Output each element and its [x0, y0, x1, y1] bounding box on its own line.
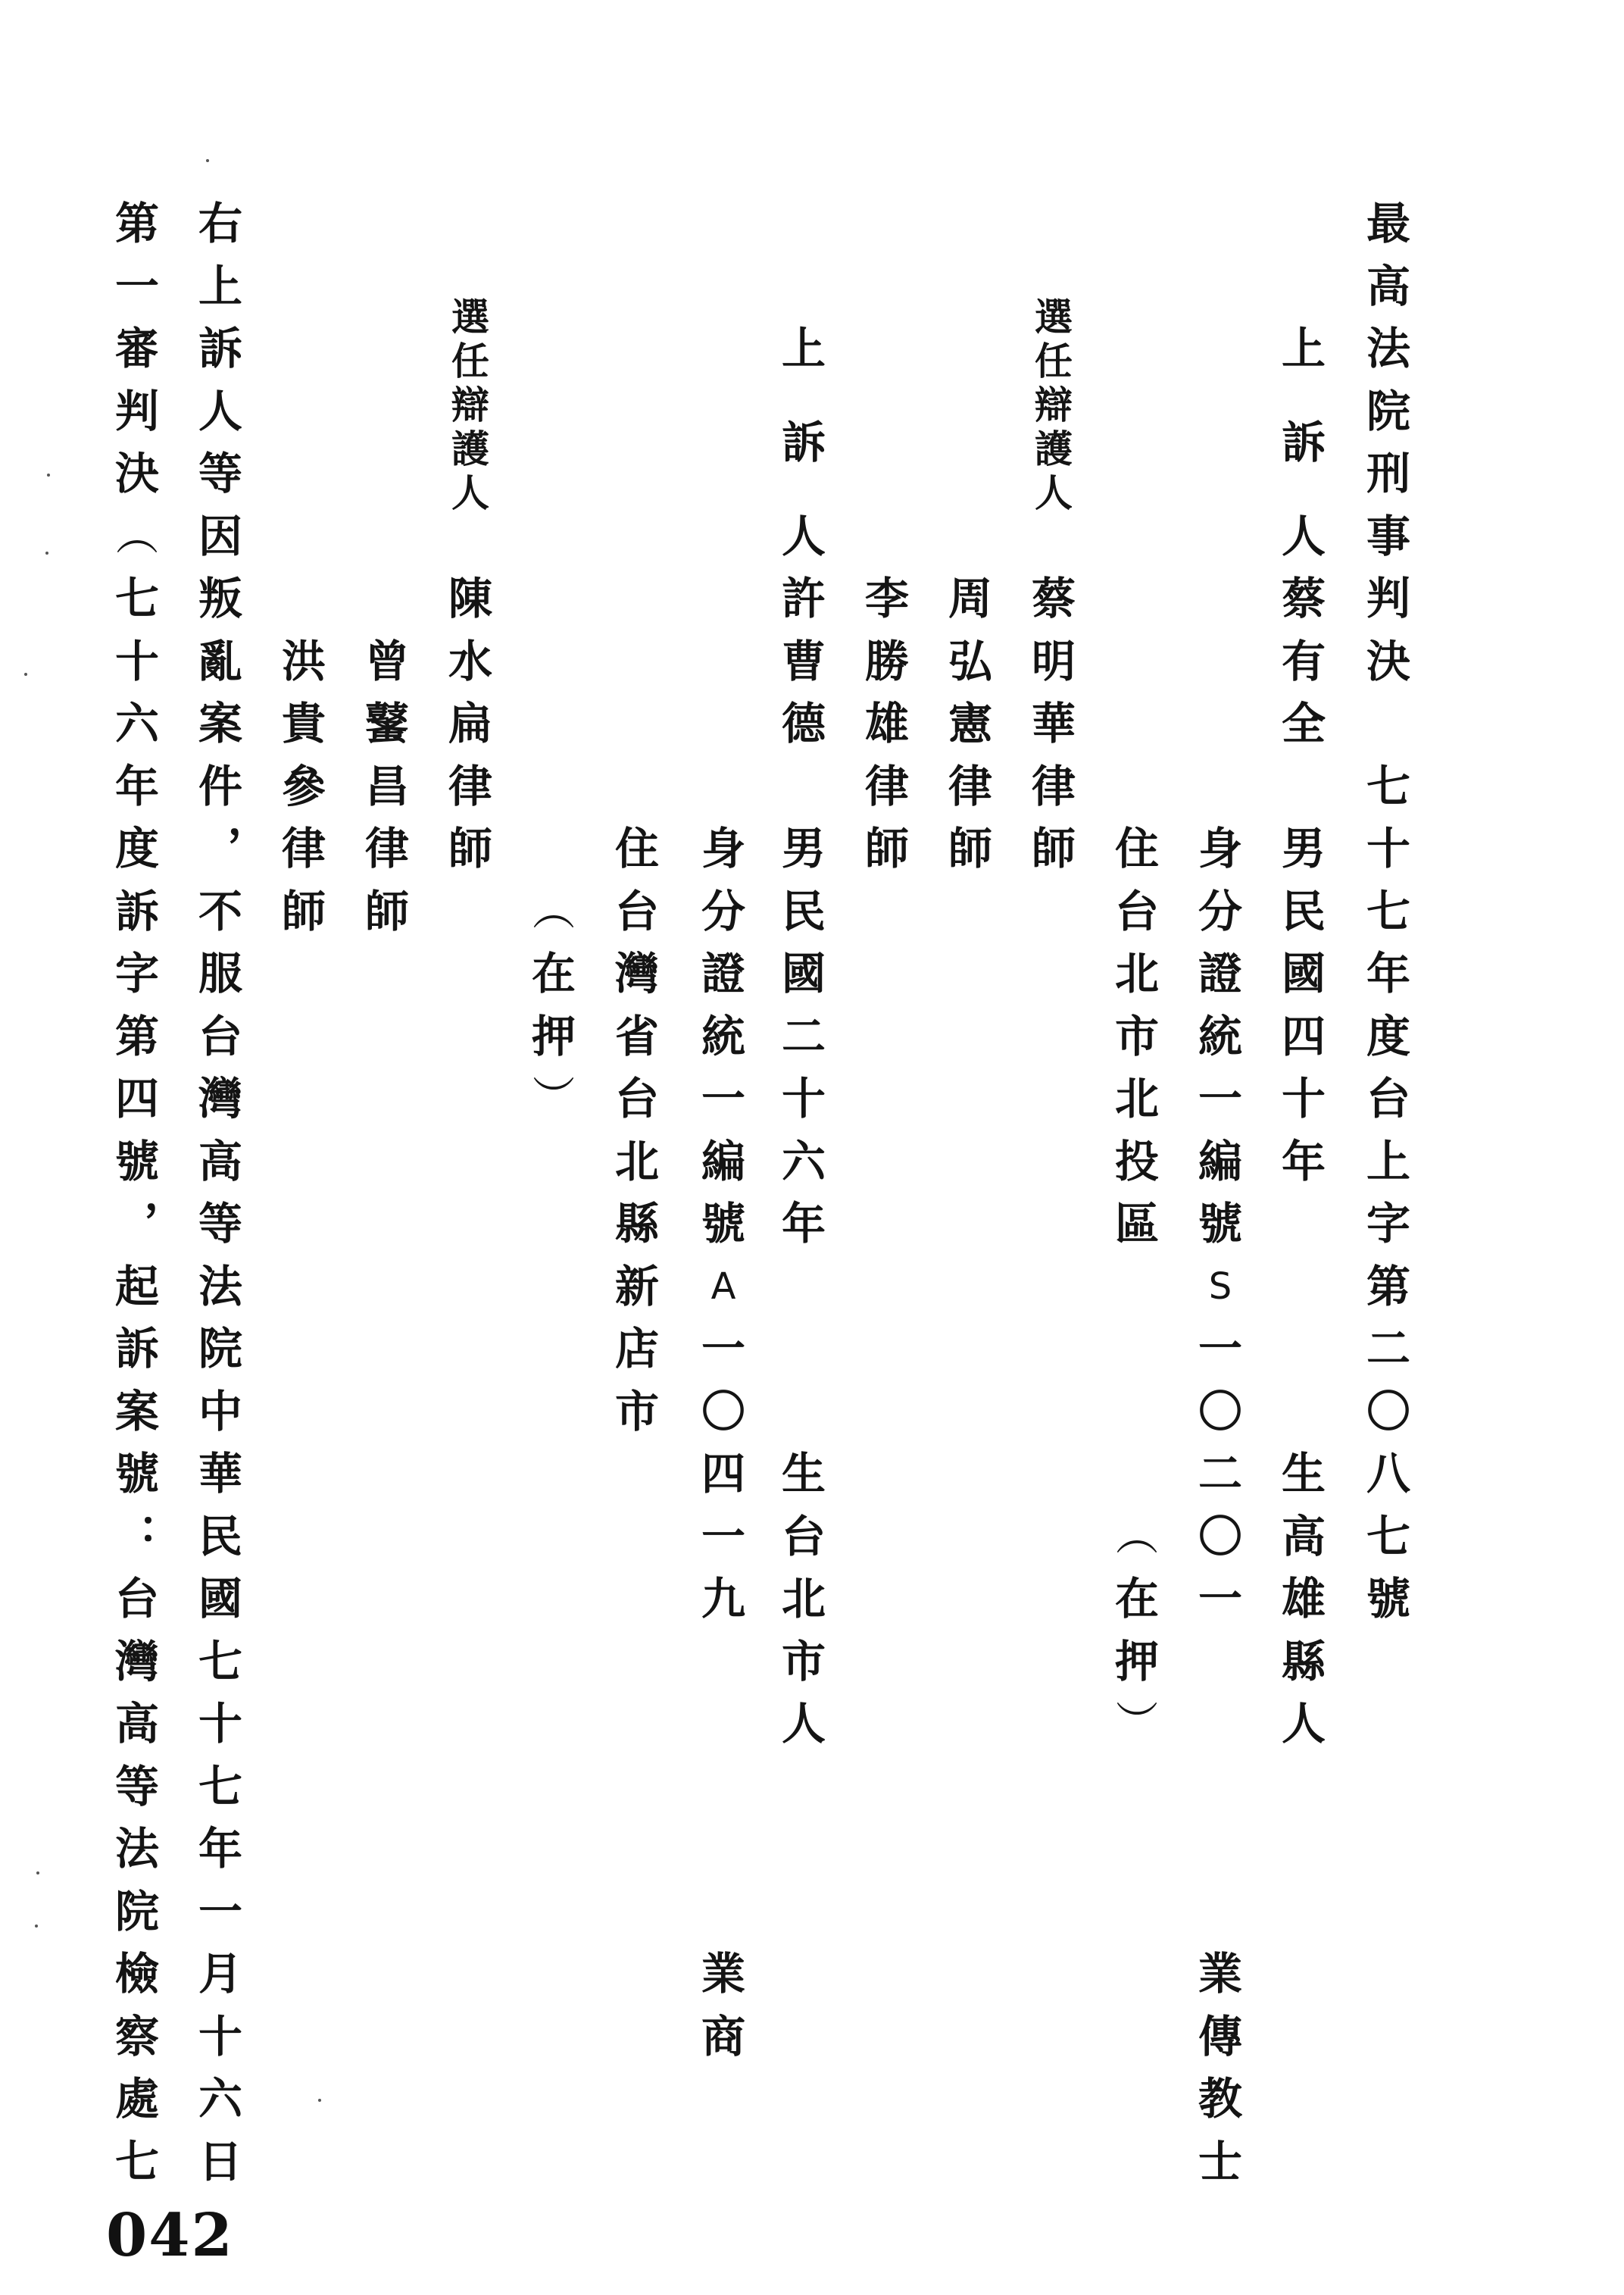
character: 十: [1354, 818, 1423, 880]
character: 年: [103, 755, 171, 818]
character: 處: [103, 2068, 171, 2130]
character: 一: [689, 1068, 757, 1130]
character: 號: [689, 1193, 757, 1255]
character: 第: [103, 1005, 171, 1068]
character: 號: [103, 1443, 171, 1505]
character: 年: [1270, 1130, 1338, 1193]
character: 律: [436, 755, 504, 818]
character: 教: [1186, 2068, 1254, 2130]
character: 雄: [853, 693, 921, 755]
character: 證: [689, 943, 757, 1005]
character: 度: [103, 818, 171, 880]
character: 身: [1186, 818, 1254, 880]
character: 二: [770, 1005, 838, 1068]
character: 一: [103, 255, 171, 317]
character: 第: [103, 192, 171, 255]
character: 業: [1186, 1943, 1254, 2005]
character: 號: [1186, 1193, 1254, 1255]
character: 律: [936, 755, 1004, 818]
text-column-appellant1-defender3: 李勝雄律師: [853, 0, 921, 2295]
character: 高: [1354, 255, 1423, 317]
character: 度: [1354, 1005, 1423, 1068]
character: 分: [1186, 880, 1254, 943]
page-number: 042: [106, 2201, 234, 2270]
character: 一: [1186, 1568, 1254, 1630]
character: 勝: [853, 630, 921, 693]
character: 不: [186, 880, 255, 943]
character: 德: [770, 693, 838, 755]
text-column-appellant2-defender3: 洪貴參律師: [270, 0, 338, 2295]
character: 水: [436, 630, 504, 693]
scan-speck: [36, 1871, 39, 1874]
character: 人: [436, 462, 504, 524]
character: 人: [770, 1693, 838, 1755]
character: 高: [103, 1693, 171, 1755]
character: ︐: [103, 1193, 171, 1255]
character: 七: [1354, 755, 1423, 818]
character: 月: [186, 1943, 255, 2005]
character: 一: [186, 1881, 255, 1943]
character: 年: [770, 1193, 838, 1255]
character: 判: [1354, 567, 1423, 630]
character: 人: [1270, 505, 1338, 567]
character: 院: [103, 1881, 171, 1943]
character: 字: [1354, 1193, 1423, 1255]
character: 七: [1354, 1506, 1423, 1568]
character: 號: [1354, 1568, 1423, 1630]
character: A: [689, 1255, 757, 1318]
character: 九: [689, 1568, 757, 1630]
character: 年: [1354, 943, 1423, 1005]
character: 字: [103, 943, 171, 1005]
text-column-title-line: 最高法院刑事判決七十七年度台上字第二〇八七號: [1354, 0, 1423, 2295]
text-column-appellant2-address: 住台灣省台北縣新店市: [603, 0, 671, 2295]
character: 事: [1354, 505, 1423, 567]
character: 案: [103, 1380, 171, 1443]
character: 中: [186, 1380, 255, 1443]
character: 北: [770, 1568, 838, 1630]
character: 十: [186, 1693, 255, 1755]
character: ︶: [1103, 1693, 1171, 1755]
character: 灣: [603, 943, 671, 1005]
text-column-appellant2-defender2: 曾鼜昌律師: [353, 0, 421, 2295]
character: 上: [770, 317, 838, 380]
scan-speck: [35, 1924, 38, 1928]
character: S: [1186, 1255, 1254, 1318]
character: 服: [186, 943, 255, 1005]
character: 華: [186, 1443, 255, 1505]
character: 二: [1186, 1443, 1254, 1505]
character: 十: [103, 630, 171, 693]
character: 許: [770, 567, 838, 630]
character: 四: [1270, 1005, 1338, 1068]
character: 民: [770, 880, 838, 943]
character: 投: [1103, 1130, 1171, 1193]
character: 在: [1103, 1568, 1171, 1630]
character: 高: [1270, 1506, 1338, 1568]
character: 人: [1020, 462, 1088, 524]
character: 〇: [1186, 1506, 1254, 1568]
character: 案: [186, 693, 255, 755]
character: 市: [770, 1631, 838, 1693]
character: 十: [1270, 1068, 1338, 1130]
character: 陳: [436, 567, 504, 630]
character: 十: [186, 2006, 255, 2068]
character: 台: [103, 1568, 171, 1630]
scan-speck: [24, 673, 27, 676]
character: 號: [103, 1130, 171, 1193]
character: 貴: [270, 693, 338, 755]
character: 七: [186, 1631, 255, 1693]
text-column-body-line-1: 右上訴人等因叛亂案件︐不服台灣高等法院中華民國七十七年一月十六日: [186, 0, 255, 2295]
character: 憲: [936, 693, 1004, 755]
character: 等: [103, 1756, 171, 1818]
character: 證: [1186, 943, 1254, 1005]
character: 一: [1186, 1318, 1254, 1380]
character: 李: [853, 567, 921, 630]
character: 訴: [1270, 411, 1338, 474]
character: 訴: [770, 411, 838, 474]
character: 律: [853, 755, 921, 818]
text-column-appellant1-name: 上訴人蔡有全男民國四十年生高雄縣人: [1270, 0, 1338, 2295]
character: 北: [603, 1130, 671, 1193]
character: 男: [770, 818, 838, 880]
character: 右: [186, 192, 255, 255]
character: 生: [1270, 1443, 1338, 1505]
character: 洪: [270, 630, 338, 693]
character: 台: [186, 1005, 255, 1068]
character: 等: [186, 442, 255, 505]
character: 一: [689, 1318, 757, 1380]
character: 法: [186, 1255, 255, 1318]
character: ︶: [520, 1068, 588, 1130]
scan-speck: [318, 2099, 321, 2102]
character: ︐: [186, 818, 255, 880]
character: 統: [689, 1005, 757, 1068]
character: 師: [436, 818, 504, 880]
character: 住: [603, 818, 671, 880]
character: 上: [1270, 317, 1338, 380]
character: 〇: [1186, 1380, 1254, 1443]
character: 分: [689, 880, 757, 943]
character: 押: [1103, 1631, 1171, 1693]
character: 士: [1186, 2131, 1254, 2193]
scan-speck: [206, 159, 209, 162]
character: 四: [689, 1443, 757, 1505]
character: ︵: [103, 505, 171, 567]
character: 台: [770, 1506, 838, 1568]
character: 八: [1354, 1443, 1423, 1505]
character: 蔡: [1270, 567, 1338, 630]
character: ︵: [1103, 1506, 1171, 1568]
character: 店: [603, 1318, 671, 1380]
character: ︓: [103, 1506, 171, 1568]
character: 四: [103, 1068, 171, 1130]
character: 六: [186, 2068, 255, 2130]
character: 灣: [103, 1631, 171, 1693]
character: ︵: [520, 880, 588, 943]
character: 統: [1186, 1005, 1254, 1068]
character: 亂: [186, 630, 255, 693]
character: 住: [1103, 818, 1171, 880]
character: 年: [186, 1818, 255, 1880]
character: 人: [1270, 1693, 1338, 1755]
character: 二: [1354, 1318, 1423, 1380]
character: 國: [770, 943, 838, 1005]
character: 國: [1270, 943, 1338, 1005]
character: 訴: [103, 880, 171, 943]
character: 決: [1354, 630, 1423, 693]
character: 民: [186, 1506, 255, 1568]
character: 業: [689, 1943, 757, 2005]
character: 人: [186, 380, 255, 442]
character: 新: [603, 1255, 671, 1318]
character: 六: [770, 1130, 838, 1193]
character: 押: [520, 1005, 588, 1068]
character: 台: [603, 880, 671, 943]
character: 在: [520, 943, 588, 1005]
character: 院: [1354, 380, 1423, 442]
text-column-appellant1-address: 住台北市北投區︵在押︶: [1103, 0, 1171, 2295]
character: 昌: [353, 755, 421, 818]
character: 上: [1354, 1130, 1423, 1193]
character: 法: [1354, 317, 1423, 380]
character: 院: [186, 1318, 255, 1380]
character: 台: [1354, 1068, 1423, 1130]
character: 師: [353, 880, 421, 943]
character: 七: [186, 1756, 255, 1818]
character: 判: [103, 380, 171, 442]
character: 等: [186, 1193, 255, 1255]
character: 全: [1270, 693, 1338, 755]
character: 參: [270, 755, 338, 818]
character: 師: [270, 880, 338, 943]
character: 因: [186, 505, 255, 567]
character: 傳: [1186, 2006, 1254, 2068]
character: 鼜: [353, 693, 421, 755]
character: 師: [936, 818, 1004, 880]
character: 商: [689, 2006, 757, 2068]
character: 弘: [936, 630, 1004, 693]
character: 華: [1020, 693, 1088, 755]
character: 師: [853, 818, 921, 880]
character: 北: [1103, 1068, 1171, 1130]
text-column-appellant2-name: 上訴人許曹德男民國二十六年生台北市人: [770, 0, 838, 2295]
character: 刑: [1354, 442, 1423, 505]
character: 第: [1354, 1255, 1423, 1318]
character: 編: [1186, 1130, 1254, 1193]
character: 〇: [689, 1380, 757, 1443]
character: 七: [103, 2131, 171, 2193]
scan-speck: [45, 552, 48, 555]
character: 明: [1020, 630, 1088, 693]
character: 件: [186, 755, 255, 818]
character: 縣: [1270, 1631, 1338, 1693]
character: 編: [689, 1130, 757, 1193]
character: 十: [770, 1068, 838, 1130]
character: 高: [186, 1130, 255, 1193]
character: 察: [103, 2006, 171, 2068]
character: 〇: [1354, 1380, 1423, 1443]
text-column-appellant1-defender1: 選任辯護人蔡明華律師: [1020, 0, 1088, 2295]
court-judgment-page: 最高法院刑事判決七十七年度台上字第二〇八七號上訴人蔡有全男民國四十年生高雄縣人身…: [0, 0, 1624, 2295]
character: 一: [1186, 1068, 1254, 1130]
character: 民: [1270, 880, 1338, 943]
character: 蔡: [1020, 567, 1088, 630]
character: 起: [103, 1255, 171, 1318]
character: 台: [1103, 880, 1171, 943]
text-column-appellant1-id: 身分證統一編號S一〇二〇一業傳教士: [1186, 0, 1254, 2295]
character: 人: [770, 505, 838, 567]
character: 周: [936, 567, 1004, 630]
character: 決: [103, 442, 171, 505]
character: 曹: [770, 630, 838, 693]
character: 上: [186, 255, 255, 317]
character: 區: [1103, 1193, 1171, 1255]
text-column-body-line-2: 第一審判決︵七十六年度訴字第四號︐起訴案號︓台灣高等法院檢察處七: [103, 0, 171, 2295]
character: 審: [103, 317, 171, 380]
character: 最: [1354, 192, 1423, 255]
character: 縣: [603, 1193, 671, 1255]
character: 省: [603, 1005, 671, 1068]
character: 台: [603, 1068, 671, 1130]
character: 律: [270, 818, 338, 880]
character: 訴: [186, 317, 255, 380]
character: 法: [103, 1818, 171, 1880]
character: 北: [1103, 943, 1171, 1005]
character: 有: [1270, 630, 1338, 693]
character: 灣: [186, 1068, 255, 1130]
character: 雄: [1270, 1568, 1338, 1630]
character: 曾: [353, 630, 421, 693]
character: 檢: [103, 1943, 171, 2005]
character: 生: [770, 1443, 838, 1505]
character: 叛: [186, 567, 255, 630]
character: 律: [1020, 755, 1088, 818]
character: 身: [689, 818, 757, 880]
character: 訴: [103, 1318, 171, 1380]
scan-speck: [47, 474, 50, 477]
text-column-appellant1-defender2: 周弘憲律師: [936, 0, 1004, 2295]
text-column-appellant2-id: 身分證統一編號A一〇四一九業商: [689, 0, 757, 2295]
character: 扁: [436, 693, 504, 755]
character: 七: [1354, 880, 1423, 943]
character: 六: [103, 693, 171, 755]
character: 日: [186, 2131, 255, 2193]
character: 律: [353, 818, 421, 880]
text-column-appellant2-custody: ︵在押︶: [520, 0, 588, 2295]
character: 一: [689, 1506, 757, 1568]
character: 市: [1103, 1005, 1171, 1068]
character: 男: [1270, 818, 1338, 880]
text-column-appellant2-defender1: 選任辯護人陳水扁律師: [436, 0, 504, 2295]
character: 國: [186, 1568, 255, 1630]
character: 七: [103, 567, 171, 630]
character: 市: [603, 1380, 671, 1443]
character: 師: [1020, 818, 1088, 880]
